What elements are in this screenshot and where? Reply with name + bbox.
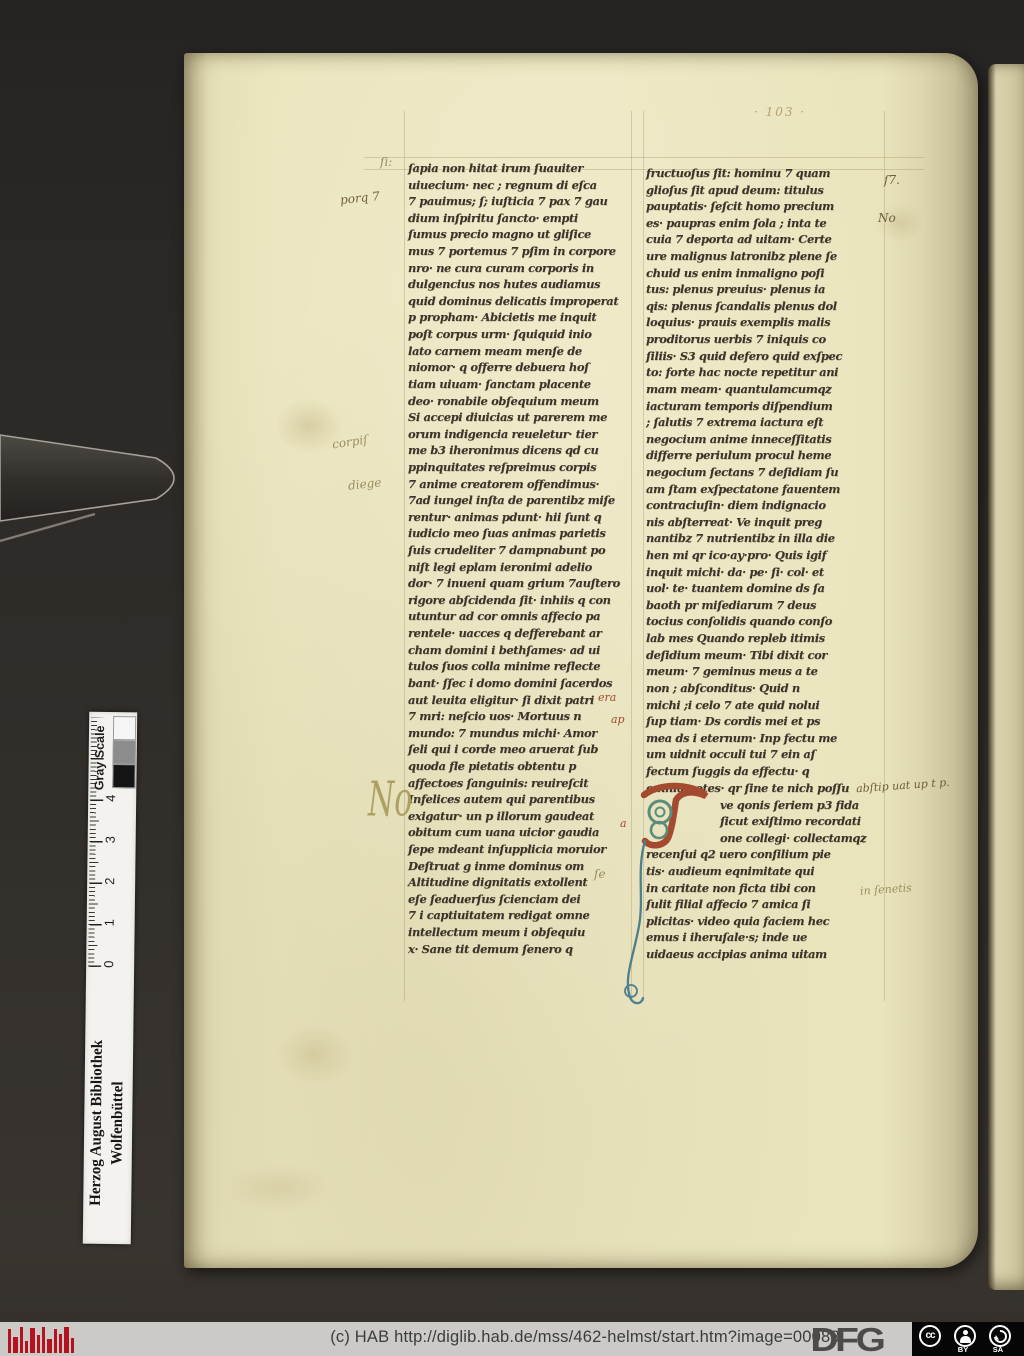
manuscript-text-line: ſuis crudeliter 7 dampnabunt po [408, 542, 633, 559]
manuscript-text-line: meum· 7 geminus meus a te [646, 663, 884, 680]
cc-by-label: BY [952, 1345, 974, 1354]
manuscript-text-line: 7 i captiuitatem redigat omne [408, 907, 633, 924]
manuscript-text-line: intellectum meum i obſequiu [408, 924, 633, 941]
manuscript-text-line: ſapia non hitat irum ſuauiter [408, 160, 633, 177]
manuscript-photo: · 103 · ſapia non hitat irum ſuauiteruiu… [0, 0, 1024, 1356]
manuscript-text-line: ſeli qui i corde meo aruerat ſub [408, 741, 633, 758]
manuscript-text-line: am ſtam exſpectatone fauentem [646, 481, 884, 498]
manuscript-text-line: iacturam temporis diſpendium [646, 398, 884, 415]
manuscript-text-line: loquius· prauis exemplis malis [646, 314, 884, 331]
manuscript-text-line: nantibz 7 nutrientibz in illa die [646, 530, 884, 547]
manuscript-page: · 103 · ſapia non hitat irum ſuauiteruiu… [184, 53, 978, 1268]
manuscript-text-line: baoth pr miſediarum 7 deus [646, 597, 884, 614]
left-text-column: ſapia non hitat irum ſuauiteruiuecium· n… [408, 160, 633, 957]
manuscript-text-line: uol· te· tuantem domine ds ſa [646, 580, 884, 597]
manuscript-text-line: chuid us enim inmaligno poſi [646, 265, 884, 282]
manuscript-text-line: uiuecium· nec ; regnum di eſca [408, 177, 633, 194]
cc-license-badge: cc BY SA [912, 1322, 1024, 1356]
manuscript-text-line: utuntur ad cor omnis affecio pa [408, 608, 633, 625]
manuscript-text-line: x· Sane tit demum ſenero q [408, 941, 633, 958]
manuscript-text-line: me b3 iheronimus dicens qd cu [408, 442, 633, 459]
manuscript-text-line: ; ſalutis 7 extrema iactura eſt [646, 414, 884, 431]
ruler-number: 1 [101, 902, 117, 944]
manuscript-text-line: niomor· q offerre debuera hoſ [408, 359, 633, 376]
manuscript-text-line: 7 mri: neſcio uos· Mortuus n [408, 708, 633, 725]
manuscript-text-line: iudicio meo ſuas animas parietis [408, 525, 633, 542]
ruler-scale-numbers: 01234 [101, 777, 119, 985]
cc-logo-icon: cc [919, 1325, 941, 1347]
ruler-number: 0 [101, 943, 117, 985]
manuscript-text-line: quoda fle pietatis obtentu p [408, 758, 633, 775]
ruler-card: Herzog August Bibliothek Wolfenbüttel 01… [83, 712, 137, 1245]
manuscript-text-line: inquit michi· da· pe· ſi· col· et [646, 564, 884, 581]
manuscript-text-line: ure malignus latronibz plene ſe [646, 248, 884, 265]
manuscript-text-line: nis abſterreat· Ve inquit preg [646, 514, 884, 531]
ruler-number: 2 [102, 860, 118, 902]
manuscript-text-line: quid dominus delicatis improperat [408, 293, 633, 310]
manuscript-text-line: rentur· animas pdunt· hii ſunt q [408, 509, 633, 526]
ruler-number: 3 [102, 819, 118, 861]
margin-note-rubric: era [598, 691, 616, 704]
right-text-column-top: fructuoſus ſit: hominu 7 quamglioſus ſit… [646, 165, 884, 796]
manuscript-text-line: tulos ſuos colla minime reflecte [408, 658, 633, 675]
cc-sa-arrow-icon [989, 1325, 1011, 1347]
manuscript-text-line: rentele· uacces q defferebant ar [408, 625, 633, 642]
page-holder-clip [0, 415, 200, 550]
hab-red-logo-icon [8, 1325, 80, 1353]
folio-number: · 103 · [754, 105, 806, 119]
gray-patch-white [113, 716, 136, 740]
initial-guide-letter: a [620, 817, 627, 830]
manuscript-text-line: glioſus ſit apud deum: titulus [646, 182, 884, 199]
manuscript-text-line: tocius conſolidis quando conſo [646, 613, 884, 630]
gray-scale-label: Gray Scale [92, 716, 107, 800]
manuscript-text-line: es· paupras enim ſola ; inta te [646, 215, 884, 232]
manuscript-text-line: ſiliis· S3 quid defero quid exſpec [646, 348, 884, 365]
manuscript-text-line: orum indigencia reueletur· tier [408, 426, 633, 443]
manuscript-text-line: bant· ſſec i domo domini ſacerdos [408, 675, 633, 692]
margin-note: diege [347, 475, 382, 492]
manuscript-text-line: 7 pauimus; ſ; iuſticia 7 pax 7 gau [408, 193, 633, 210]
manuscript-text-line: mam meam· quantulamcumqz [646, 381, 884, 398]
nota-mark: No [368, 773, 412, 829]
manuscript-text-line: 7ad iungel inſta de parentibz miſe [408, 492, 633, 509]
margin-note: ſe [594, 867, 606, 881]
manuscript-text-line: tus: plenus preuius· plenus ia [646, 281, 884, 298]
cc-sa-label: SA [987, 1345, 1009, 1354]
manuscript-text-line: cuia 7 deporta ad uitam· Certe [646, 231, 884, 248]
manuscript-text-line: lab mes Quando repleb itimis [646, 630, 884, 647]
manuscript-text-line: poſt corpus urm· ſquiquid inio [408, 326, 633, 343]
manuscript-text-line: eſe ſeaduerſus ſcienciam dei [408, 891, 633, 908]
manuscript-text-line: nro· ne cura curam corporis in [408, 260, 633, 277]
manuscript-text-line: dulgencius nos hutes audiamus [408, 276, 633, 293]
manuscript-text-line: fectum ſuggis da effectu· q [646, 763, 884, 780]
manuscript-text-line: lato carnem meam menſe de [408, 343, 633, 360]
manuscript-text-line: qis: plenus ſcandalis plenus dol [646, 298, 884, 315]
manuscript-text-line: ſepe mdeant inſupplicia moruior [408, 841, 633, 858]
footer-bar: (c) HAB http://diglib.hab.de/mss/462-hel… [0, 1322, 1024, 1356]
gray-patch-black [112, 764, 135, 788]
parchment-stain [274, 1023, 354, 1087]
manuscript-text-line: rigore abſcidenda ſit· inhiis q con [408, 592, 633, 609]
manuscript-text-line: contraciuſin· diem indignacio [646, 497, 884, 514]
manuscript-text-line: obitum cum uana uicior gaudia [408, 824, 633, 841]
manuscript-text-line: Si accepi diuicias ut parerem me [408, 409, 633, 426]
dfg-logo: DFG [810, 1321, 882, 1356]
manuscript-text-line: mundo: 7 mundus michi· Amor [408, 725, 633, 742]
margin-note: No [878, 211, 896, 225]
manuscript-text-line: um uidnit occuli tui 7 ein aſ [646, 746, 884, 763]
next-folio-edge [988, 64, 1024, 1290]
margin-note: porq 7 [339, 189, 380, 207]
manuscript-text-line: niſt legi eplam ieronimi adelio [408, 559, 633, 576]
manuscript-text-line: cham domini i bethſames· ad ui [408, 642, 633, 659]
manuscript-text-line: ſumus precio magno ut gliſice [408, 226, 633, 243]
manuscript-text-line: ſup tiam· Ds cordis mei et ps [646, 713, 884, 730]
manuscript-text-line: dor· 7 inueni quam grium 7auſtero [408, 575, 633, 592]
manuscript-text-line: non ; abſconditus· Quid n [646, 680, 884, 697]
pen-flourish-tail [628, 841, 645, 1003]
manuscript-text-line: Infelices autem qui parentibus [408, 791, 633, 808]
manuscript-text-line: tiam uiuam· ſanctam placente [408, 376, 633, 393]
decorated-initial: a [616, 779, 712, 1021]
manuscript-text-line: mea ds i eternum· Inp fectu me [646, 730, 884, 747]
margin-note: ſ7. [884, 173, 900, 187]
manuscript-text-line: mus 7 portemus 7 pſim in corpore [408, 243, 633, 260]
ruling-vertical [404, 111, 405, 1001]
manuscript-text-line: differre periulum procul heme [646, 447, 884, 464]
manuscript-text-line: hen mi qr ico·ay·pro· Quis igif [646, 547, 884, 564]
manuscript-text-line: proditorus uerbis 7 iniquis co [646, 331, 884, 348]
manuscript-text-line: affectoes ſanguinis: reuireſcit [408, 775, 633, 792]
manuscript-text-line: negocium anime inneceſſitatis [646, 431, 884, 448]
manuscript-text-line: dium inſpiritu ſancto· empti [408, 210, 633, 227]
manuscript-text-line: pauptatis· ſeſcit homo precium [646, 198, 884, 215]
manuscript-text-line: ppinquitates reſpreimus corpis [408, 459, 633, 476]
library-name: Herzog August Bibliothek Wolfenbüttel [85, 1004, 130, 1242]
parchment-stain [224, 1163, 334, 1213]
manuscript-text-line: p propham· Abicietis me inquit [408, 309, 633, 326]
ruling-vertical [884, 111, 885, 1001]
margin-gloss: in ſenetis [860, 881, 913, 898]
manuscript-text-line: 7 anime creatorem offendimus· [408, 476, 633, 493]
gray-patch-gray [113, 740, 136, 764]
ruling-horizontal [364, 157, 924, 158]
gray-scale-patches [112, 716, 136, 788]
margin-note: ſi: [380, 155, 392, 169]
manuscript-text-line: deſidium meum· Tibi dixit cor [646, 647, 884, 664]
margin-note-rubric: ap [611, 713, 625, 726]
manuscript-text-line: to: forte hac nocte repetitur ani [646, 364, 884, 381]
manuscript-text-line: deo· ronabile obſequium meum [408, 393, 633, 410]
cc-by-person-icon [954, 1325, 976, 1347]
manuscript-text-line: michi ;i celo 7 ate quid nolui [646, 697, 884, 714]
manuscript-text-line: negocium ſectans 7 deſidiam ſu [646, 464, 884, 481]
manuscript-text-line: exigatur· un p illorum gaudeat [408, 808, 633, 825]
manuscript-text-line: fructuoſus ſit: hominu 7 quam [646, 165, 884, 182]
